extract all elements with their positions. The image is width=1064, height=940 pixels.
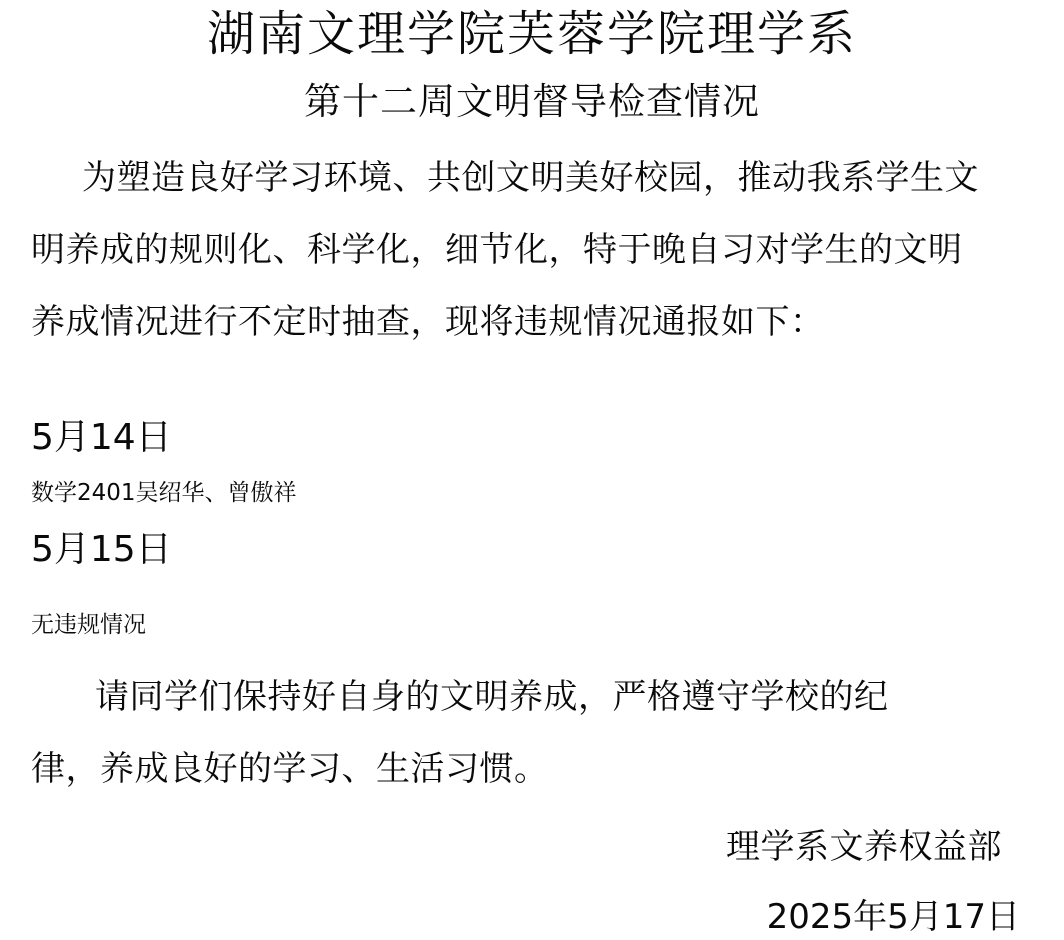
record-date: 5月15日 [31,528,172,572]
document-subtitle: 第十二周文明督导检查情况 [0,74,1064,130]
signed-date: 2025年5月17日 [767,896,1020,938]
closing-line: 律，养成良好的学习、生活习惯。 [31,748,549,790]
intro-line: 养成情况进行不定时抽查，现将违规情况通报如下： [31,301,825,343]
closing-line: 请同学们保持好自身的文明养成，严格遵守学校的纪 [95,676,889,718]
record-detail: 无违规情况 [31,610,146,640]
record-date: 5月14日 [31,416,172,460]
document-title: 湖南文理学院芙蓉学院理学系 [0,0,1064,68]
signature: 理学系文养权益部 [726,826,1002,868]
intro-line: 明养成的规则化、科学化，细节化，特于晚自习对学生的文明 [31,229,963,271]
intro-line: 为塑造良好学习环境、共创文明美好校园，推动我系学生文 [82,157,979,199]
record-detail: 数学2401吴绍华、曾傲祥 [31,478,297,508]
